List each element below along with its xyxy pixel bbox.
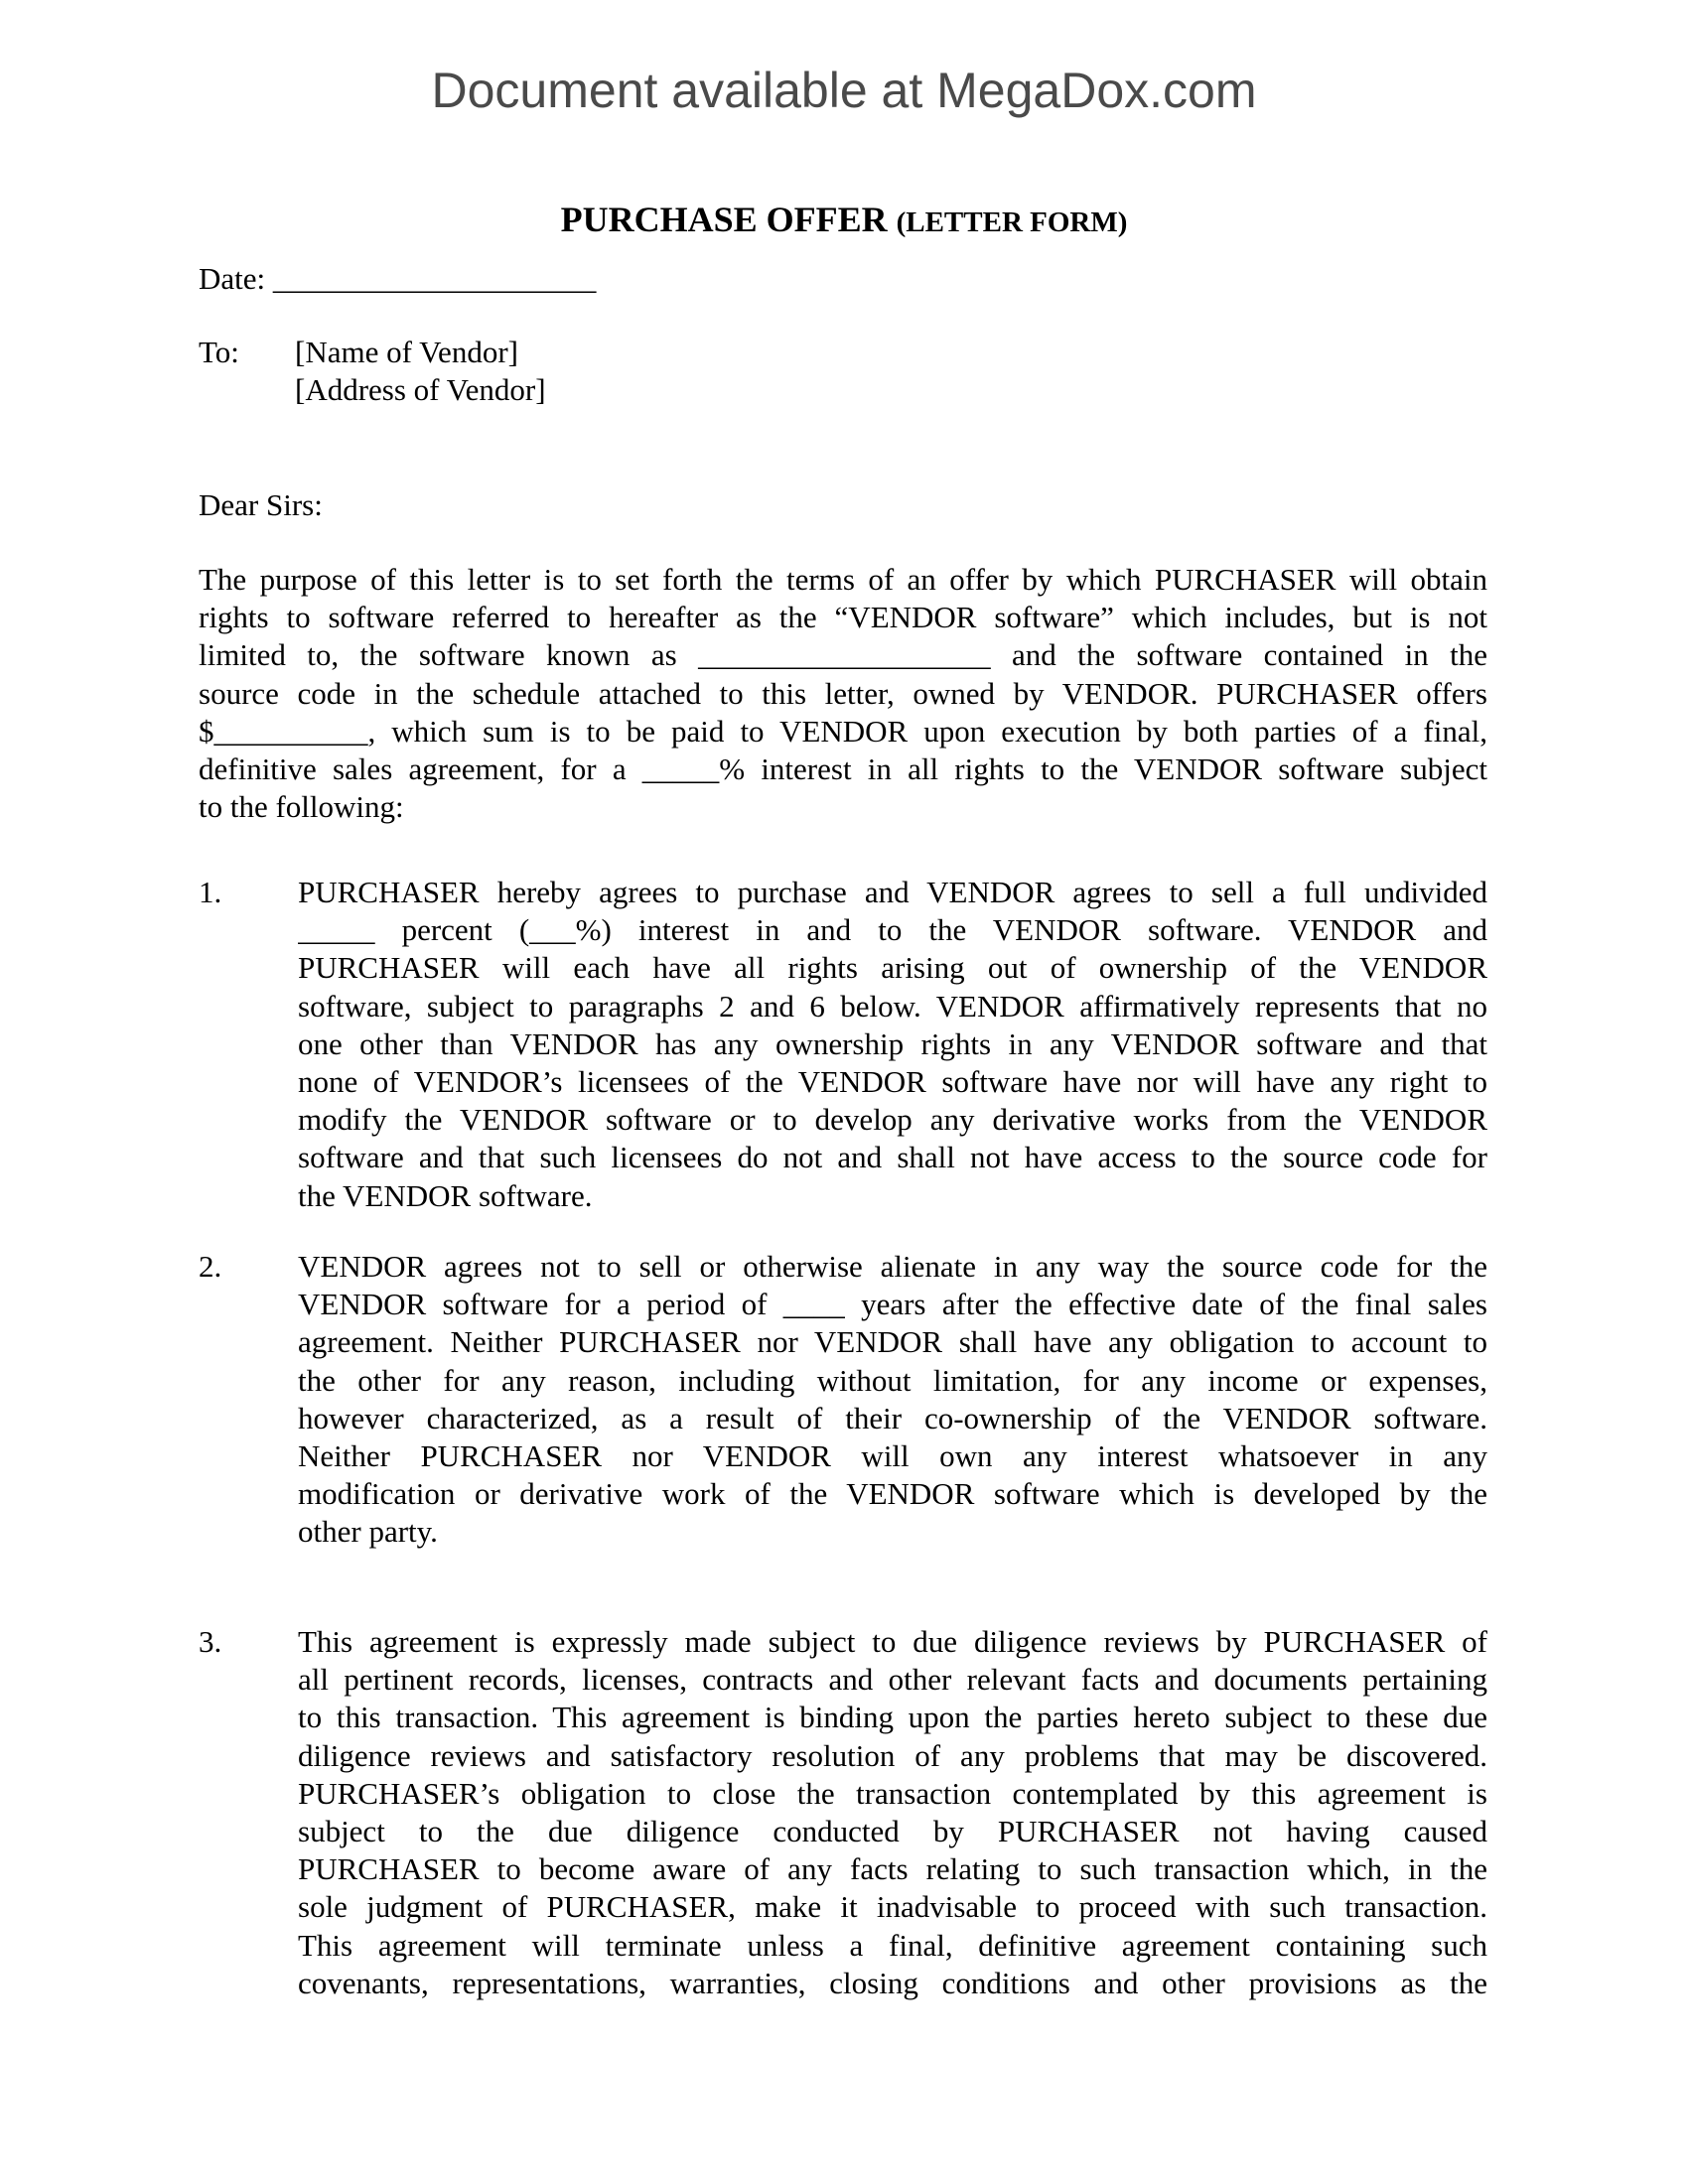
item-number: 1. — [199, 874, 221, 911]
item-line: subject to the due diligence conducted b… — [298, 1813, 1487, 1850]
document-title: PURCHASE OFFER (LETTER FORM) — [0, 199, 1688, 240]
title-main: PURCHASE OFFER — [561, 200, 888, 239]
vendor-name: [Name of Vendor] — [295, 334, 518, 371]
item-line: This agreement is expressly made subject… — [298, 1623, 1487, 1661]
item-number: 3. — [199, 1623, 221, 1661]
item-line: none of VENDOR’s licensees of the VENDOR… — [298, 1063, 1487, 1101]
vendor-address: [Address of Vendor] — [295, 371, 546, 409]
date-line: Date: _____________________ — [199, 260, 596, 298]
item-line: covenants, representations, warranties, … — [298, 1965, 1487, 2002]
salutation: Dear Sirs: — [199, 486, 323, 524]
intro-line: to the following: — [199, 788, 1487, 826]
item-line: PURCHASER’s obligation to close the tran… — [298, 1775, 1487, 1813]
item-line: to this transaction. This agreement is b… — [298, 1699, 1487, 1736]
item-line: the other for any reason, including with… — [298, 1362, 1487, 1400]
intro-line: definitive sales agreement, for a _____%… — [199, 751, 1487, 788]
intro-line: rights to software referred to hereafter… — [199, 599, 1487, 636]
item-line: _____ percent (___%) interest in and to … — [298, 911, 1487, 949]
item-line: all pertinent records, licenses, contrac… — [298, 1661, 1487, 1699]
item-number: 2. — [199, 1248, 221, 1286]
item-line: VENDOR software for a period of ____ yea… — [298, 1286, 1487, 1323]
item-line: software and that such licensees do not … — [298, 1139, 1487, 1176]
item-line: however characterized, as a result of th… — [298, 1400, 1487, 1437]
item-line: sole judgment of PURCHASER, make it inad… — [298, 1888, 1487, 1926]
intro-line: source code in the schedule attached to … — [199, 675, 1487, 713]
intro-line: $__________, which sum is to be paid to … — [199, 713, 1487, 751]
item-line: diligence reviews and satisfactory resol… — [298, 1737, 1487, 1775]
item-line: PURCHASER will each have all rights aris… — [298, 949, 1487, 987]
intro-line: The purpose of this letter is to set for… — [199, 561, 1487, 599]
title-sub: (LETTER FORM) — [897, 206, 1128, 238]
item-line: software, subject to paragraphs 2 and 6 … — [298, 988, 1487, 1025]
item-line: This agreement will terminate unless a f… — [298, 1927, 1487, 1965]
watermark-header: Document available at MegaDox.com — [0, 62, 1688, 119]
item-line: one other than VENDOR has any ownership … — [298, 1025, 1487, 1063]
item-line: Neither PURCHASER nor VENDOR will own an… — [298, 1437, 1487, 1475]
item-line: PURCHASER hereby agrees to purchase and … — [298, 874, 1487, 911]
to-label: To: — [199, 334, 239, 371]
item-line: modification or derivative work of the V… — [298, 1475, 1487, 1513]
item-line: other party. — [298, 1513, 1487, 1551]
item-line: PURCHASER to become aware of any facts r… — [298, 1850, 1487, 1888]
item-line: VENDOR agrees not to sell or otherwise a… — [298, 1248, 1487, 1286]
item-line: agreement. Neither PURCHASER nor VENDOR … — [298, 1323, 1487, 1361]
intro-line: limited to, the software known as ______… — [199, 636, 1487, 674]
item-line: the VENDOR software. — [298, 1177, 1487, 1215]
item-line: modify the VENDOR software or to develop… — [298, 1101, 1487, 1139]
document-page: Document available at MegaDox.com PURCHA… — [0, 0, 1688, 2184]
